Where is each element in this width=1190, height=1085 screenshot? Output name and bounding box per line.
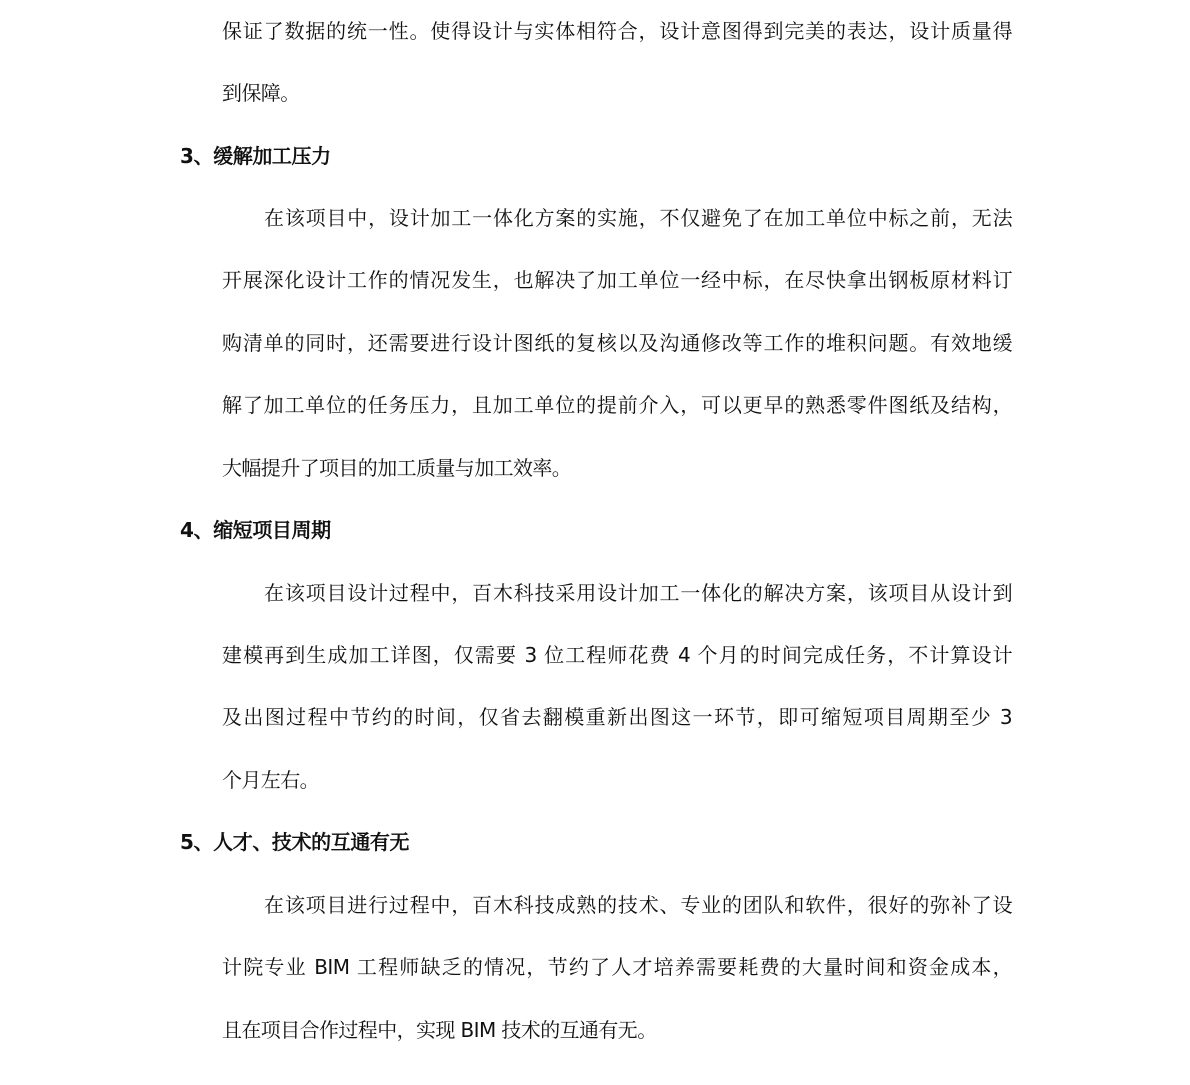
- paragraph-line: 在该项目中，设计加工一体化方案的实施，不仅避免了在加工单位中标之前，无法: [264, 204, 1012, 232]
- paragraph-line: 到保障。: [222, 79, 1012, 107]
- paragraph-line: 大幅提升了项目的加工质量与加工效率。: [222, 454, 1012, 482]
- section-heading-3: 3、缓解加工压力: [180, 142, 331, 170]
- paragraph-line: 在该项目进行过程中，百木科技成熟的技术、专业的团队和软件，很好的弥补了设: [264, 891, 1012, 919]
- paragraph-line: 在该项目设计过程中，百木科技采用设计加工一体化的解决方案，该项目从设计到: [264, 579, 1012, 607]
- paragraph-line: 解了加工单位的任务压力，且加工单位的提前介入，可以更早的熟悉零件图纸及结构，: [222, 391, 1012, 419]
- section-heading-5: 5、人才、技术的互通有无: [180, 828, 409, 856]
- paragraph-line: 及出图过程中节约的时间，仅省去翻模重新出图这一环节，即可缩短项目周期至少 3: [222, 703, 1012, 731]
- paragraph-line: 个月左右。: [222, 766, 1012, 794]
- paragraph-line: 保证了数据的统一性。使得设计与实体相符合，设计意图得到完美的表达，设计质量得: [222, 17, 1012, 45]
- paragraph-line: 且在项目合作过程中，实现 BIM 技术的互通有无。: [222, 1016, 1012, 1044]
- document-page: 保证了数据的统一性。使得设计与实体相符合，设计意图得到完美的表达，设计质量得 到…: [0, 0, 1190, 1085]
- paragraph-line: 计院专业 BIM 工程师缺乏的情况，节约了人才培养需要耗费的大量时间和资金成本，: [222, 953, 1012, 981]
- paragraph-line: 建模再到生成加工详图，仅需要 3 位工程师花费 4 个月的时间完成任务，不计算设…: [222, 641, 1012, 669]
- paragraph-line: 购清单的同时，还需要进行设计图纸的复核以及沟通修改等工作的堆积问题。有效地缓: [222, 329, 1012, 357]
- paragraph-line: 开展深化设计工作的情况发生，也解决了加工单位一经中标，在尽快拿出钢板原材料订: [222, 266, 1012, 294]
- section-heading-4: 4、缩短项目周期: [180, 516, 331, 544]
